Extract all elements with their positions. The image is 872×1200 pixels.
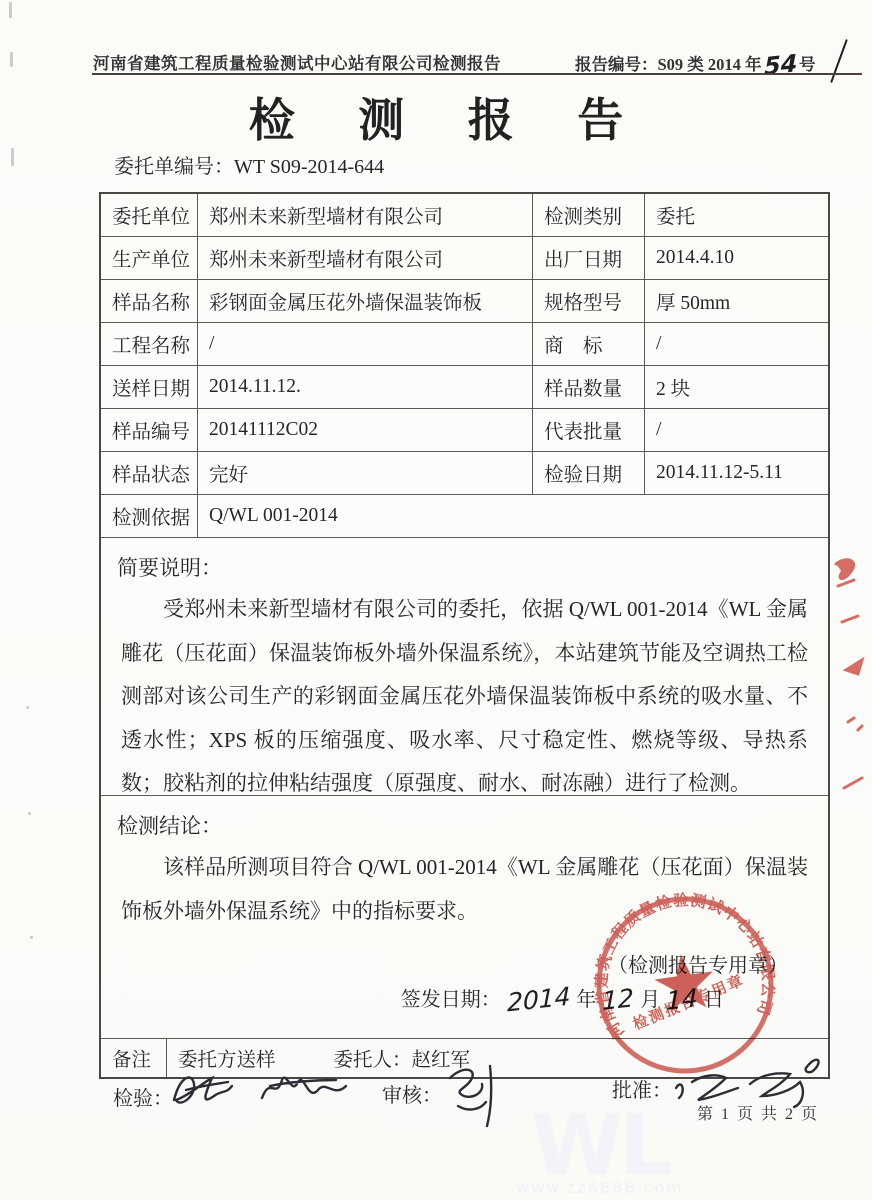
page-title: 检 测 报 告: [0, 84, 872, 150]
row-value: 郑州未来新型墙材有限公司: [198, 237, 533, 279]
row-value: 彩钢面金属压花外墙保温装饰板: [198, 280, 533, 322]
conclusion-heading: 检测结论：: [117, 810, 812, 840]
row-label: 出厂日期: [533, 237, 645, 279]
table-row: 样品状态 完好 检验日期 2014.11.12-5.11: [101, 452, 828, 495]
row-label: 样品名称: [101, 280, 198, 322]
header-company-line: 河南省建筑工程质量检验测试中心站有限公司检测报告: [93, 50, 501, 74]
row-value: /: [198, 323, 533, 365]
report-number-handwritten: 54: [764, 49, 797, 81]
row-label: 检测依据: [101, 495, 198, 537]
report-number-line: 报告编号：S09 类 2014 年54号: [575, 48, 815, 76]
handwritten-stroke: [830, 39, 848, 83]
row-value: 完好: [198, 452, 533, 494]
page-number: 第 1 页 共 2 页: [697, 1101, 819, 1124]
row-value: 2014.11.12-5.11: [645, 452, 828, 494]
row-label: 送样日期: [101, 366, 198, 408]
table-row: 送样日期 2014.11.12. 样品数量 2 块: [101, 366, 828, 409]
row-value: Q/WL 001-2014: [198, 495, 828, 537]
row-value: 20141112C02: [198, 409, 533, 451]
entrust-number-value: WT S09-2014-644: [234, 156, 384, 178]
row-label: 样品状态: [101, 452, 198, 494]
reviewer-label: 审核：: [382, 1079, 442, 1108]
report-document: 河南省建筑工程质量检验测试中心站有限公司检测报告 报告编号：S09 类 2014…: [0, 0, 872, 1200]
row-value: 郑州未来新型墙材有限公司: [198, 194, 533, 236]
row-label: 代表批量: [533, 409, 645, 451]
reviewer-signature: [436, 1058, 518, 1132]
summary-heading: 简要说明：: [117, 552, 812, 582]
entrust-number-label: 委托单编号：: [114, 156, 234, 178]
row-value: 委托: [645, 194, 828, 236]
table-row: 样品名称 彩钢面金属压花外墙保温装饰板 规格型号 厚 50mm: [101, 280, 828, 323]
table-row: 工程名称 / 商 标 /: [101, 323, 828, 366]
row-value: 2014.4.10: [645, 237, 828, 279]
row-label: 样品编号: [101, 409, 198, 451]
scan-speck: [30, 936, 33, 939]
scan-speck: [26, 706, 29, 709]
row-label: 商 标: [533, 323, 645, 365]
watermark-url: www.zz6888.com: [455, 1178, 745, 1197]
report-number-prefix: S09 类 2014 年: [658, 55, 762, 74]
row-value: 2014.11.12.: [198, 366, 533, 408]
row-value: 2 块: [645, 366, 828, 408]
row-label: 规格型号: [533, 280, 645, 322]
table-row: 委托单位 郑州未来新型墙材有限公司 检测类别 委托: [101, 194, 828, 237]
inspector-label: 检验：: [113, 1082, 173, 1111]
row-label: 生产单位: [101, 237, 198, 279]
issue-date-label: 签发日期：: [401, 989, 501, 1011]
row-value: 厚 50mm: [645, 280, 828, 322]
entrust-number-line: 委托单编号：WT S09-2014-644: [114, 150, 384, 179]
row-label: 样品数量: [533, 366, 645, 408]
report-number-suffix: 号: [799, 55, 816, 74]
scan-artifact: [11, 148, 14, 166]
remark-label: 备注: [101, 1039, 167, 1077]
summary-cell: 简要说明： 受郑州未来新型墙材有限公司的委托，依据 Q/WL 001-2014《…: [101, 538, 828, 796]
report-number-label: 报告编号：: [575, 55, 658, 74]
row-label: 工程名称: [101, 323, 198, 365]
scan-speck: [28, 812, 31, 815]
scan-artifact: [9, 2, 12, 18]
issue-year-handwritten: 2014: [507, 982, 570, 1018]
table-row-basis: 检测依据 Q/WL 001-2014: [101, 495, 828, 538]
table-row: 样品编号 20141112C02 代表批量 /: [101, 409, 828, 452]
header-rule: [92, 73, 862, 75]
row-value: /: [645, 409, 828, 451]
row-label: 检验日期: [533, 452, 645, 494]
table-row: 生产单位 郑州未来新型墙材有限公司 出厂日期 2014.4.10: [101, 237, 828, 280]
red-seal-stamp: 河南省建筑工程质量检验测试中心站有限公司 检测报告专用章: [578, 878, 793, 1093]
row-value: /: [645, 323, 828, 365]
summary-body: 受郑州未来新型墙材有限公司的委托，依据 Q/WL 001-2014《WL 金属雕…: [121, 588, 808, 806]
row-label: 委托单位: [101, 194, 198, 236]
row-label: 检测类别: [533, 194, 645, 236]
red-edge-marks: [828, 552, 872, 842]
scan-artifact: [10, 52, 13, 67]
inspector-signature: [166, 1064, 361, 1118]
